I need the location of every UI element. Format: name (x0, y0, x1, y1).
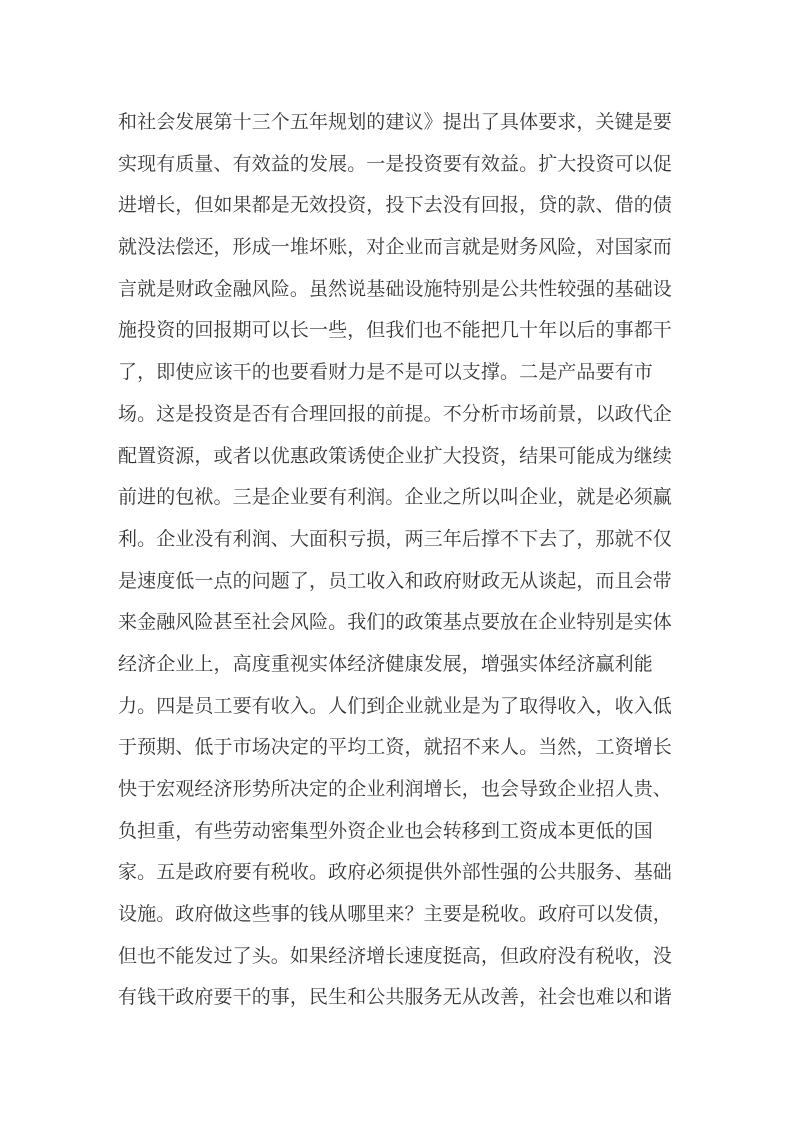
text-line: 但也不能发过了头。如果经济增长速度挺高，但政府没有税收，没 (118, 936, 685, 978)
text-line: 快于宏观经济形势所决定的企业利润增长，也会导致企业招人贵、 (118, 769, 685, 811)
text-line: 力。四是员工要有收入。人们到企业就业是为了取得收入，收入低 (118, 686, 685, 728)
text-line: 是速度低一点的问题了，员工收入和政府财政无从谈起，而且会带 (118, 561, 685, 603)
text-line: 设施。政府做这些事的钱从哪里来？主要是税收。政府可以发债， (118, 894, 685, 936)
text-line: 前进的包袱。三是企业要有利润。企业之所以叫企业，就是必须赢 (118, 477, 685, 519)
text-line: 利。企业没有利润、大面积亏损，两三年后撑不下去了，那就不仅 (118, 519, 685, 561)
text-line: 于预期、低于市场决定的平均工资，就招不来人。当然，工资增长 (118, 727, 685, 769)
text-line: 实现有质量、有效益的发展。一是投资要有效益。扩大投资可以促 (118, 144, 685, 186)
text-line: 场。这是投资是否有合理回报的前提。不分析市场前景，以政代企 (118, 394, 685, 436)
text-line: 进增长，但如果都是无效投资，投下去没有回报，贷的款、借的债 (118, 185, 685, 227)
text-line: 有钱干政府要干的事，民生和公共服务无从改善，社会也难以和谐 (118, 977, 685, 1019)
body-paragraph: 和社会发展第十三个五年规划的建议》提出了具体要求，关键是要实现有质量、有效益的发… (118, 102, 685, 1019)
text-line: 经济企业上，高度重视实体经济健康发展，增强实体经济赢利能 (118, 644, 685, 686)
text-line: 施投资的回报期可以长一些，但我们也不能把几十年以后的事都干 (118, 310, 685, 352)
text-line: 来金融风险甚至社会风险。我们的政策基点要放在企业特别是实体 (118, 602, 685, 644)
text-line: 配置资源，或者以优惠政策诱使企业扩大投资，结果可能成为继续 (118, 436, 685, 478)
text-line: 和社会发展第十三个五年规划的建议》提出了具体要求，关键是要 (118, 102, 685, 144)
document-page: 和社会发展第十三个五年规划的建议》提出了具体要求，关键是要实现有质量、有效益的发… (0, 0, 800, 1130)
text-line: 家。五是政府要有税收。政府必须提供外部性强的公共服务、基础 (118, 852, 685, 894)
text-line: 就没法偿还，形成一堆坏账，对企业而言就是财务风险，对国家而 (118, 227, 685, 269)
text-line: 负担重，有些劳动密集型外资企业也会转移到工资成本更低的国 (118, 811, 685, 853)
text-line: 了，即使应该干的也要看财力是不是可以支撑。二是产品要有市 (118, 352, 685, 394)
text-line: 言就是财政金融风险。虽然说基础设施特别是公共性较强的基础设 (118, 269, 685, 311)
